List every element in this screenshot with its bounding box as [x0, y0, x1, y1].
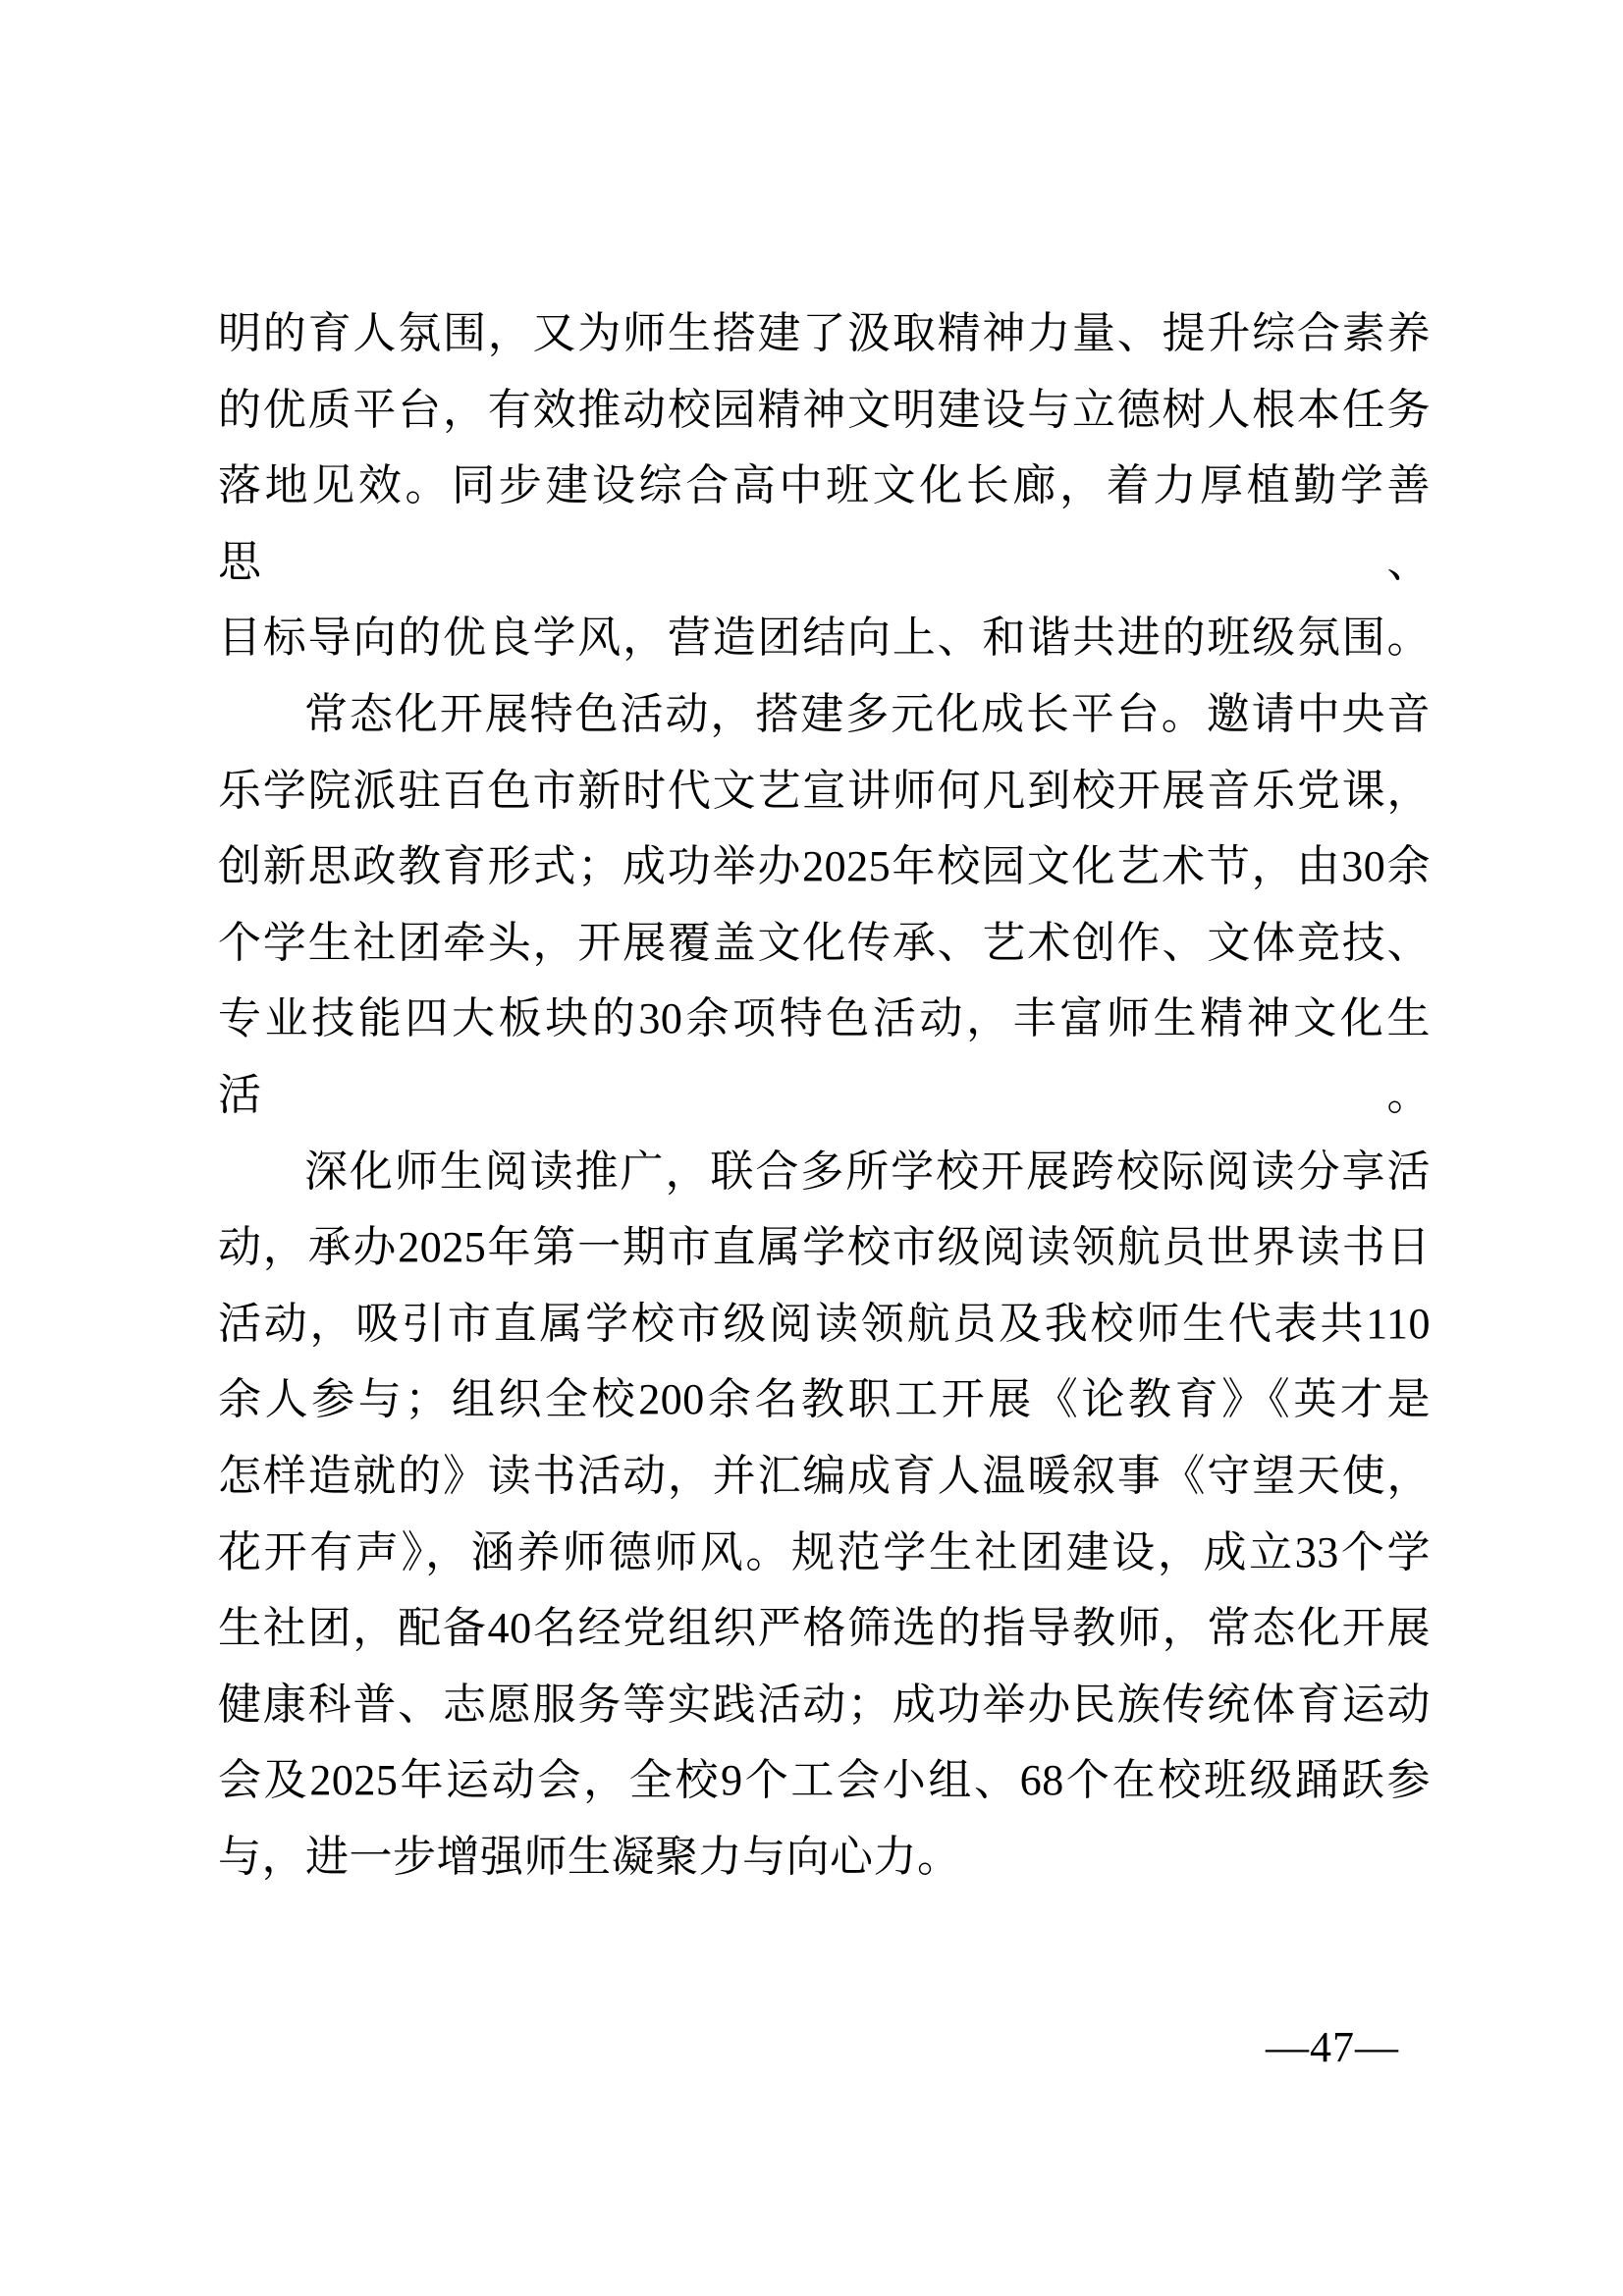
paragraph: 明的育人氛围，又为师生搭建了汲取精神力量、提升综合素养的优质平台，有效推动校园精… [218, 295, 1431, 676]
text-line: 与，进一步增强师生凝聚力与向心力。 [218, 1819, 1431, 1896]
page-number: —47— [1266, 2018, 1399, 2077]
text-line: 深化师生阅读推广，联合多所学校开展跨校际阅读分享活 [218, 1134, 1431, 1210]
paragraph: 常态化开展特色活动，搭建多元化成长平台。邀请中央音乐学院派驻百色市新时代文艺宣讲… [218, 676, 1431, 1134]
document-page: 明的育人氛围，又为师生搭建了汲取精神力量、提升综合素养的优质平台，有效推动校园精… [0, 0, 1623, 2296]
text-line: 目标导向的优良学风，营造团结向上、和谐共进的班级氛围。 [218, 600, 1431, 676]
text-line: 的优质平台，有效推动校园精神文明建设与立德树人根本任务 [218, 372, 1431, 449]
text-line: 明的育人氛围，又为师生搭建了汲取精神力量、提升综合素养 [218, 295, 1431, 372]
text-line: 常态化开展特色活动，搭建多元化成长平台。邀请中央音 [218, 676, 1431, 753]
text-line: 怎样造就的》读书活动，并汇编成育人温暖叙事《守望天使， [218, 1438, 1431, 1515]
text-line: 乐学院派驻百色市新时代文艺宣讲师何凡到校开展音乐党课， [218, 753, 1431, 829]
text-line: 健康科普、志愿服务等实践活动；成功举办民族传统体育运动 [218, 1667, 1431, 1743]
text-line: 余人参与；组织全校200余名教职工开展《论教育》《英才是 [218, 1362, 1431, 1438]
text-line: 会及2025年运动会，全校9个工会小组、68个在校班级踊跃参 [218, 1742, 1431, 1819]
text-line: 活动，吸引市直属学校市级阅读领航员及我校师生代表共110 [218, 1286, 1431, 1362]
text-line: 创新思政教育形式；成功举办2025年校园文化艺术节，由30余 [218, 828, 1431, 905]
text-line: 动，承办2025年第一期市直属学校市级阅读领航员世界读书日 [218, 1209, 1431, 1286]
text-block: 明的育人氛围，又为师生搭建了汲取精神力量、提升综合素养的优质平台，有效推动校园精… [218, 295, 1431, 1895]
text-line: 个学生社团牵头，开展覆盖文化传承、艺术创作、文体竞技、 [218, 905, 1431, 982]
paragraph: 深化师生阅读推广，联合多所学校开展跨校际阅读分享活动，承办2025年第一期市直属… [218, 1134, 1431, 1896]
text-line: 生社团，配备40名经党组织严格筛选的指导教师，常态化开展 [218, 1590, 1431, 1667]
text-line: 花开有声》，涵养师德师风。规范学生社团建设，成立33个学 [218, 1515, 1431, 1591]
text-line: 专业技能四大板块的30余项特色活动，丰富师生精神文化生活。 [218, 981, 1431, 1133]
text-line: 落地见效。同步建设综合高中班文化长廊，着力厚植勤学善思、 [218, 448, 1431, 600]
